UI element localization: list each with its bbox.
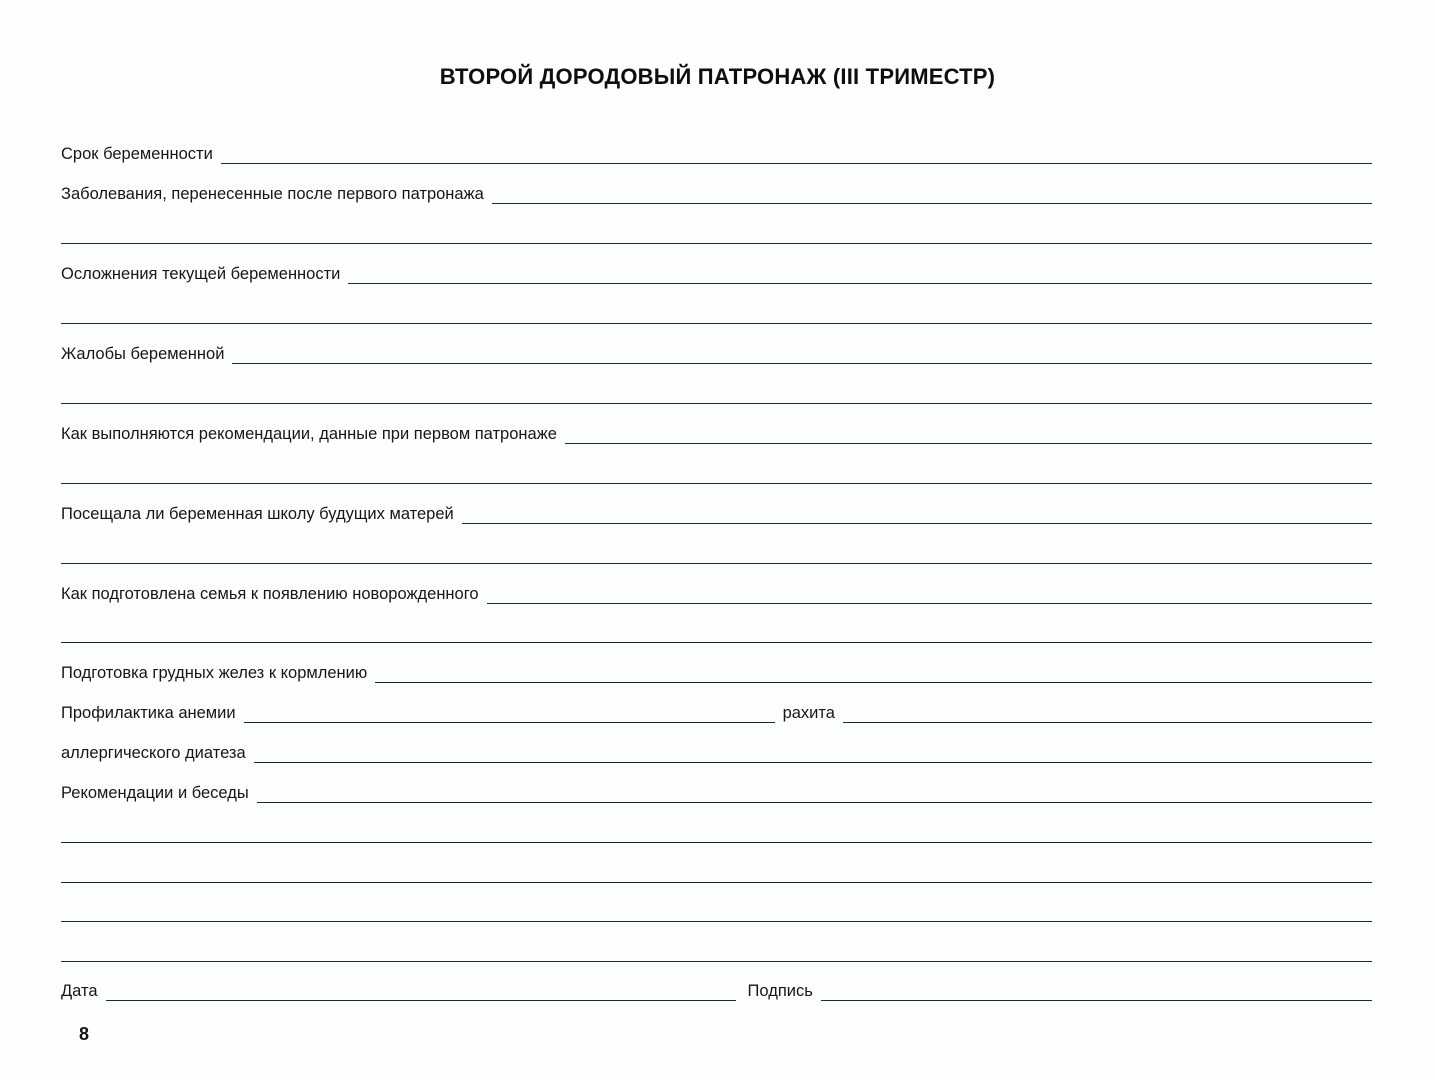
fill-line-rickets[interactable] [843,722,1372,723]
form-title: ВТОРОЙ ДОРОДОВЫЙ ПАТРОНАЖ (III ТРИМЕСТР) [0,64,1435,90]
continuation-line[interactable] [61,301,1372,325]
field-label: Заболевания, перенесенные после первого … [61,186,492,206]
fill-line[interactable] [232,363,1372,364]
continuation-line[interactable] [61,221,1372,245]
field-gestational-age[interactable]: Срок беременности [61,141,1372,165]
continuation-line[interactable] [61,461,1372,485]
field-complaints[interactable]: Жалобы беременной [61,341,1372,365]
continuation-line[interactable] [61,620,1372,644]
field-breast-preparation[interactable]: Подготовка грудных желез к кормлению [61,660,1372,684]
field-label: Подпись [748,983,821,1003]
continuation-line[interactable] [61,541,1372,565]
fill-line[interactable] [61,563,1372,564]
field-anemia-rickets[interactable]: Профилактика анемии рахита [61,700,1372,724]
fill-line[interactable] [61,961,1372,962]
fill-line[interactable] [257,802,1372,803]
field-label: Рекомендации и беседы [61,785,257,805]
continuation-line[interactable] [61,820,1372,844]
field-label: аллергического диатеза [61,745,254,765]
fill-line[interactable] [61,882,1372,883]
field-date-signature[interactable]: Дата Подпись [61,978,1372,1002]
field-label: Как подготовлена семья к появлению новор… [61,586,487,606]
field-recommendations-followed[interactable]: Как выполняются рекомендации, данные при… [61,421,1372,445]
field-complications[interactable]: Осложнения текущей беременности [61,261,1372,285]
field-illnesses[interactable]: Заболевания, перенесенные после первого … [61,181,1372,205]
fill-line[interactable] [61,323,1372,324]
fill-line-anemia[interactable] [244,722,775,723]
continuation-line[interactable] [61,899,1372,923]
field-label: рахита [783,705,843,725]
fill-line[interactable] [61,842,1372,843]
fill-line[interactable] [61,243,1372,244]
field-recommendations-talks[interactable]: Рекомендации и беседы [61,780,1372,804]
fill-line-signature[interactable] [821,1000,1372,1001]
fill-line[interactable] [254,762,1372,763]
fill-line[interactable] [375,682,1372,683]
field-label: Подготовка грудных желез к кормлению [61,665,375,685]
continuation-line[interactable] [61,381,1372,405]
field-label: Срок беременности [61,146,221,166]
field-label: Профилактика анемии [61,705,244,725]
continuation-line[interactable] [61,860,1372,884]
fill-line[interactable] [565,443,1372,444]
fill-line[interactable] [487,603,1372,604]
fill-line[interactable] [61,483,1372,484]
field-label: Жалобы беременной [61,346,232,366]
field-attended-school[interactable]: Посещала ли беременная школу будущих мат… [61,501,1372,525]
field-family-preparation[interactable]: Как подготовлена семья к появлению новор… [61,581,1372,605]
field-label: Осложнения текущей беременности [61,266,348,286]
field-label: Как выполняются рекомендации, данные при… [61,426,565,446]
fill-line[interactable] [61,921,1372,922]
field-label: Дата [61,983,106,1003]
fill-line-date[interactable] [106,1000,736,1001]
continuation-line[interactable] [61,939,1372,963]
field-label: Посещала ли беременная школу будущих мат… [61,506,462,526]
fill-line[interactable] [61,642,1372,643]
fill-line[interactable] [492,203,1372,204]
fill-line[interactable] [348,283,1372,284]
fill-line[interactable] [462,523,1372,524]
field-allergic-diathesis[interactable]: аллергического диатеза [61,740,1372,764]
fill-line[interactable] [221,163,1372,164]
page-number: 8 [79,1024,89,1045]
fill-line[interactable] [61,403,1372,404]
